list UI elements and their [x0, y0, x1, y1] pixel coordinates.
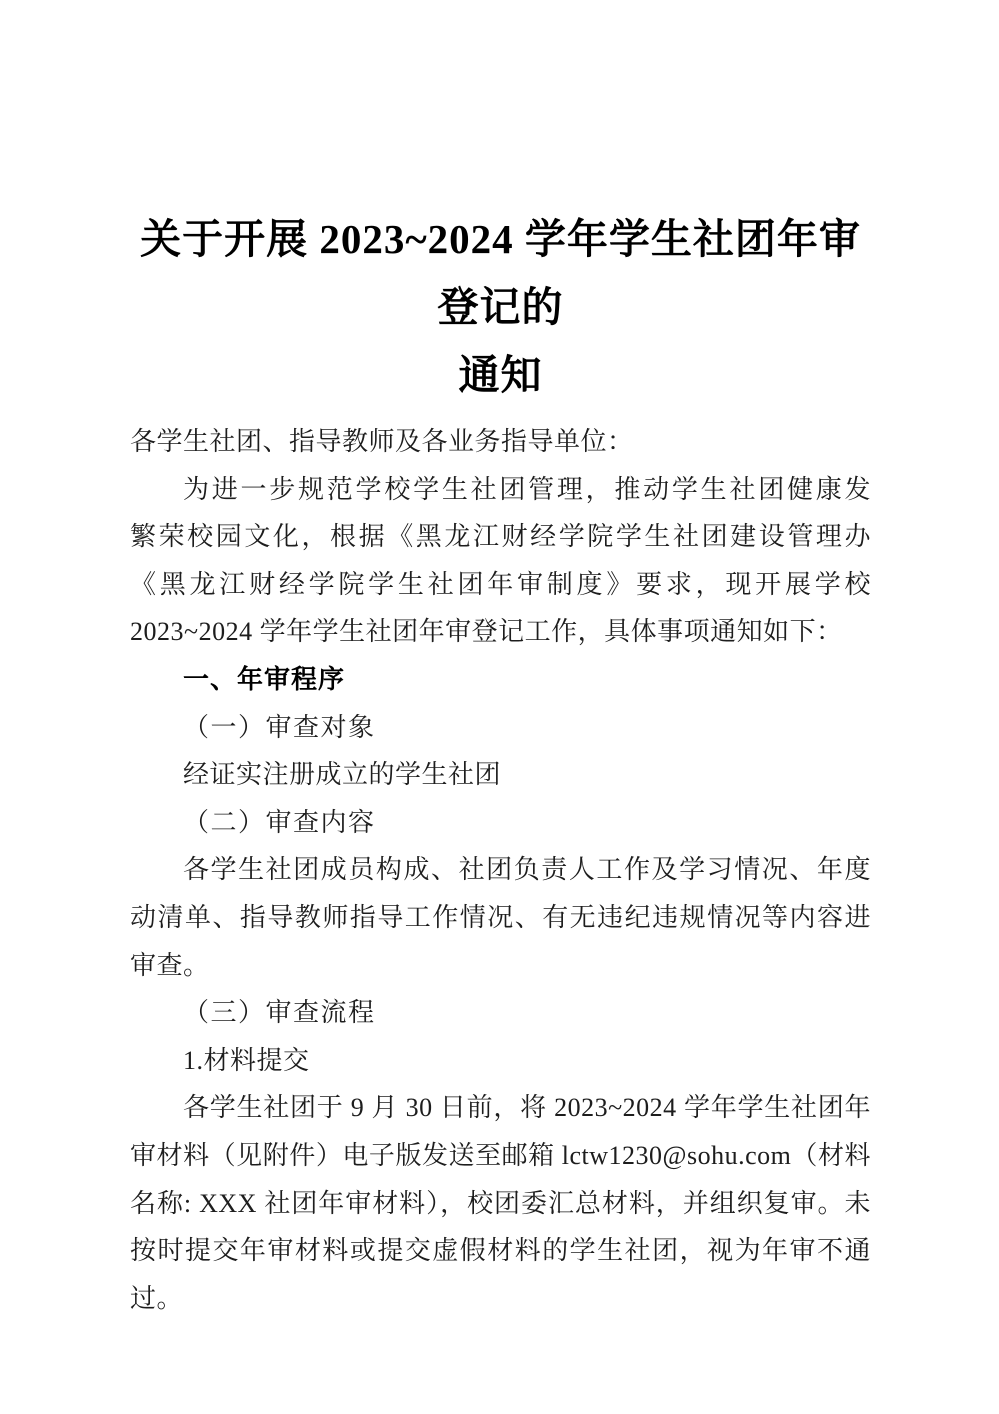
- text-line: 各学生社团、指导教师及各业务指导单位：: [130, 418, 871, 466]
- sub-heading: （三）审查流程: [130, 989, 871, 1037]
- section-heading: 一、年审程序: [130, 656, 871, 704]
- sub-heading: （二）审查内容: [130, 799, 871, 847]
- title-line: 通知: [130, 341, 871, 409]
- paragraph: 各学生社团成员构成、社团负责人工作及学习情况、年度活动清单、指导教师指导工作情况…: [130, 846, 871, 989]
- paragraph: 为进一步规范学校学生社团管理，推动学生社团健康发展，繁荣校园文化，根据《黑龙江财…: [130, 466, 871, 656]
- sub-heading: （一）审查对象: [130, 704, 871, 752]
- text-line: 动清单、指导教师指导工作情况、有无违纪违规情况等内容进行: [130, 894, 871, 942]
- salutation: 各学生社团、指导教师及各业务指导单位：: [130, 418, 871, 466]
- text-line: 经证实注册成立的学生社团: [130, 751, 871, 799]
- text-line: 2023~2024 学年学生社团年审登记工作，具体事项通知如下：: [130, 608, 871, 656]
- text-line: 一、年审程序: [130, 656, 871, 704]
- text-line: 按时提交年审材料或提交虚假材料的学生社团，视为年审不通: [130, 1227, 871, 1275]
- document-body: 关于开展 2023~2024 学年学生社团年审登记的通知 各学生社团、指导教师及…: [130, 205, 871, 1322]
- paragraph: 各学生社团于 9 月 30 日前，将 2023~2024 学年学生社团年审材料（…: [130, 1084, 871, 1322]
- text-line: 名称: XXX 社团年审材料），校团委汇总材料，并组织复审。未: [130, 1180, 871, 1228]
- text-line: 繁荣校园文化，根据《黑龙江财经学院学生社团建设管理办法》，: [130, 513, 871, 561]
- document-page: 关于开展 2023~2024 学年学生社团年审登记的通知 各学生社团、指导教师及…: [0, 0, 999, 1414]
- text-line: 1.材料提交: [130, 1037, 871, 1085]
- text-line: 为进一步规范学校学生社团管理，推动学生社团健康发展，: [130, 466, 871, 514]
- document-paragraphs: 各学生社团、指导教师及各业务指导单位：为进一步规范学校学生社团管理，推动学生社团…: [130, 418, 871, 1322]
- text-line: 各学生社团于 9 月 30 日前，将 2023~2024 学年学生社团年: [130, 1084, 871, 1132]
- text-line: （三）审查流程: [130, 989, 871, 1037]
- text-line: 各学生社团成员构成、社团负责人工作及学习情况、年度活: [130, 846, 871, 894]
- paragraph: 1.材料提交: [130, 1037, 871, 1085]
- document-title: 关于开展 2023~2024 学年学生社团年审登记的通知: [130, 205, 871, 409]
- title-line: 关于开展 2023~2024 学年学生社团年审登记的: [130, 205, 871, 341]
- text-line: （二）审查内容: [130, 799, 871, 847]
- text-line: 审材料（见附件）电子版发送至邮箱 lctw1230@sohu.com（材料: [130, 1132, 871, 1180]
- text-line: （一）审查对象: [130, 704, 871, 752]
- paragraph: 经证实注册成立的学生社团: [130, 751, 871, 799]
- text-line: 《黑龙江财经学院学生社团年审制度》要求，现开展学校: [130, 561, 871, 609]
- text-line: 过。: [130, 1275, 871, 1323]
- text-line: 审查。: [130, 942, 871, 990]
